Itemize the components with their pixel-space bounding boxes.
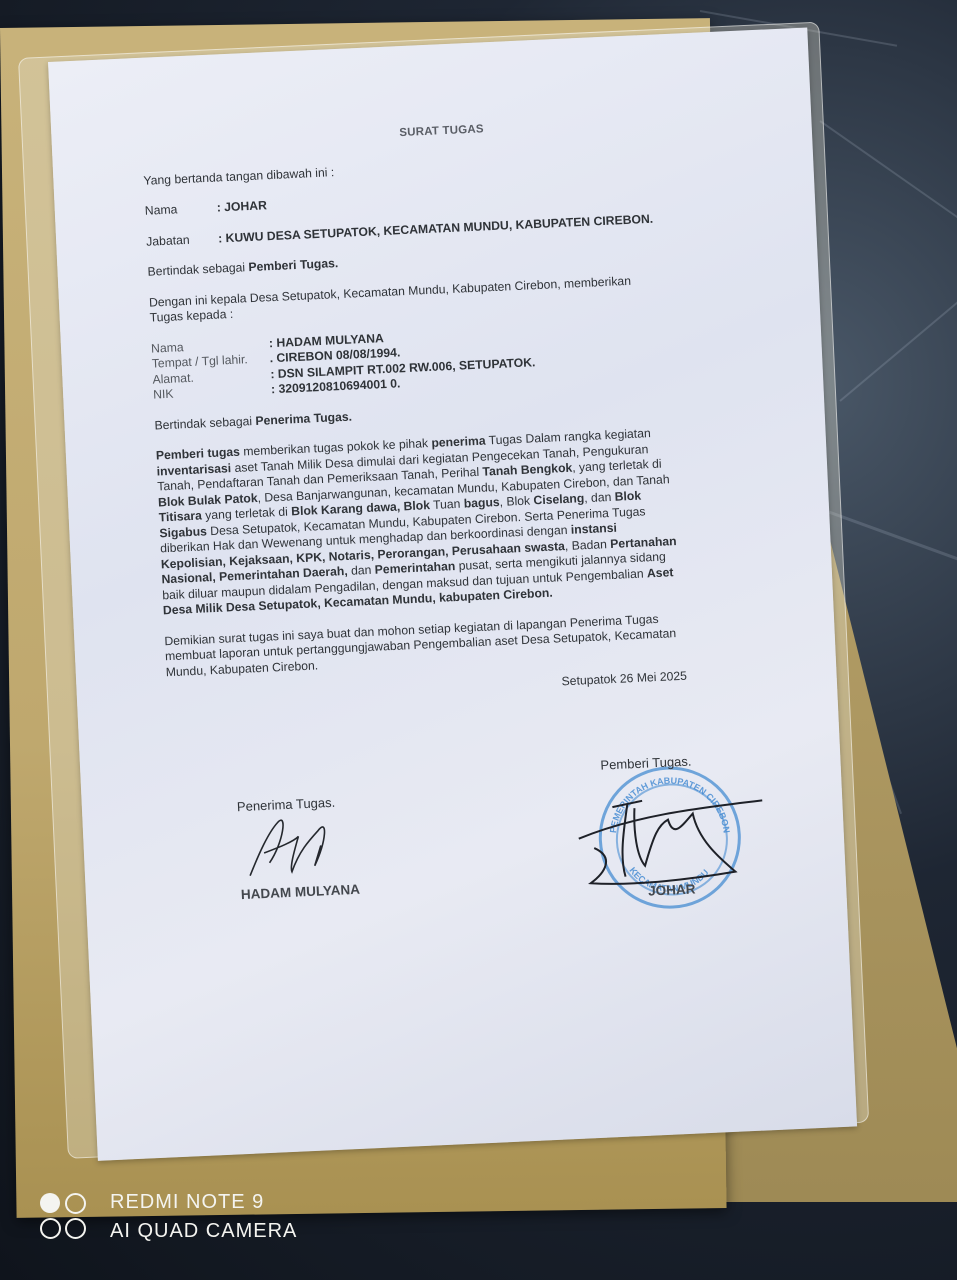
recipient-signature-name: HADAM MULYANA xyxy=(241,882,362,902)
camera-tagline: AI QUAD CAMERA xyxy=(110,1217,297,1246)
body-text-segment: Ciselang xyxy=(533,491,584,507)
recipient-signature-block: Penerima Tugas. HADAM MULYANA xyxy=(237,794,362,902)
marble-vein xyxy=(839,297,957,401)
body-text-segment: Pertanahan xyxy=(610,533,677,550)
body-text-segment: penerima xyxy=(431,434,486,450)
body-text-segment: bagus xyxy=(463,495,499,511)
body-text-segment: Blok xyxy=(614,489,641,504)
camera-model: REDMI NOTE 9 xyxy=(110,1188,297,1217)
camera-watermark-text: REDMI NOTE 9 AI QUAD CAMERA xyxy=(110,1188,297,1246)
body-text-segment: , dan xyxy=(584,490,615,505)
issuer-position-label: Jabatan xyxy=(146,231,219,250)
recipient-signature-icon xyxy=(237,809,360,884)
document-body: SURAT TUGAS Yang bertanda tangan dibawah… xyxy=(142,111,767,708)
body-text-segment: dan xyxy=(347,563,375,578)
body-text-segment: inventarisasi xyxy=(156,461,231,478)
issuer-position-value: : KUWU DESA SETUPATOK, KECAMATAN MUNDU, … xyxy=(218,211,654,246)
issuer-name-label: Nama xyxy=(145,201,218,220)
recipient-role: Penerima Tugas. xyxy=(255,409,352,427)
issuer-signature-icon xyxy=(572,780,777,899)
body-text-segment: Sigabus xyxy=(159,524,207,540)
camera-watermark: REDMI NOTE 9 AI QUAD CAMERA xyxy=(40,1188,297,1246)
issuer-signature-name: JOHAR xyxy=(648,881,696,898)
document-title: SURAT TUGAS xyxy=(142,111,742,154)
recipient-details: Nama: HADAM MULYANATempat / Tgl lahir.. … xyxy=(151,314,753,403)
place-date: Setupatok 26 Mei 2025 xyxy=(561,665,766,690)
camera-logo-icon xyxy=(40,1193,88,1241)
issuer-role: Pemberi Tugas. xyxy=(248,256,338,274)
body-text-segment: Aset xyxy=(647,565,674,580)
body-text-segment: , Badan xyxy=(565,536,611,552)
issuer-signature-block: PEMERINTAH KABUPATEN CIREBON KECAMATAN M… xyxy=(580,750,788,929)
marble-vein xyxy=(819,120,957,225)
document-page: SURAT TUGAS Yang bertanda tangan dibawah… xyxy=(48,28,857,1161)
body-text-segment: , Blok xyxy=(499,493,533,509)
issuer-name-value: : JOHAR xyxy=(216,198,267,216)
body-text-segment: Titisara xyxy=(158,508,202,524)
body-text-segment: Tuan xyxy=(430,497,464,513)
recipient-role-prefix: Bertindak sebagai xyxy=(154,413,255,432)
issuer-role-prefix: Bertindak sebagai xyxy=(147,260,248,279)
body-text-segment: instansi xyxy=(571,521,618,537)
task-description: Pemberi tugas memberikan tugas pokok ke … xyxy=(156,421,763,619)
